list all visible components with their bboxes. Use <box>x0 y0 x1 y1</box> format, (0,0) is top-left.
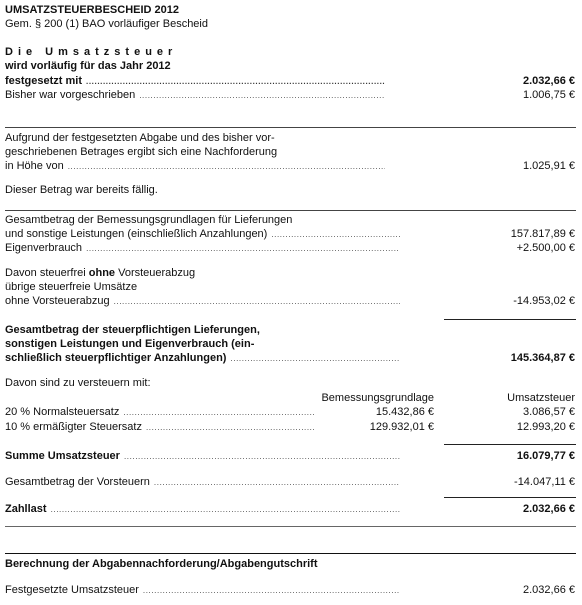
steuerfrei-heading: Davon steuerfrei ohne Vorsteuerabzug <box>5 267 195 280</box>
section-divider <box>5 210 576 211</box>
nachforderung-value: 1.025,91 € <box>523 160 575 173</box>
basis-value: 15.432,86 € <box>376 406 434 419</box>
subtotal-rule <box>444 444 576 445</box>
rate-label: 20 % Normalsteuersatz <box>5 406 123 419</box>
nachforderung-text-1: Aufgrund der festgesetzten Abgabe und de… <box>5 132 275 145</box>
ohne-vorsteuer-label: ohne Vorsteuerabzug <box>5 295 114 308</box>
umsatzsteuer-heading: Die Umsatzsteuer <box>5 46 177 59</box>
eigenverbrauch-row: Eigenverbrauch .........................… <box>5 242 400 255</box>
document-title: UMSATZSTEUERBESCHEID 2012 <box>5 4 179 17</box>
ohne-vorsteuer-value: -14.953,02 € <box>513 295 575 308</box>
vorsteuer-value: -14.047,11 € <box>514 476 575 489</box>
tax-value: 3.086,57 € <box>523 406 575 419</box>
nachforderung-text-2: geschriebenen Betrages ergibt sich eine … <box>5 146 277 159</box>
rate-label: 10 % ermäßigter Steuersatz <box>5 421 146 434</box>
leistungen-label: und sonstige Leistungen (einschließlich … <box>5 228 271 241</box>
vorlaeufig-line: wird vorläufig für das Jahr 2012 <box>5 60 171 73</box>
basis-value: 129.932,01 € <box>370 421 434 434</box>
bisher-label: Bisher war vorgeschrieben <box>5 89 139 102</box>
summe-row: Summe Umsatzsteuer .....................… <box>5 450 400 463</box>
eigenverbrauch-value: +2.500,00 € <box>517 242 575 255</box>
subtotal-rule <box>444 497 576 498</box>
uebrige-text: übrige steuerfreie Umsätze <box>5 281 137 294</box>
section-divider <box>5 526 576 527</box>
faelligkeit-note: Dieser Betrag war bereits fällig. <box>5 184 158 197</box>
leader-dots: ........................................… <box>86 75 385 88</box>
section-divider <box>5 127 576 128</box>
leader-dots: ........................................… <box>271 228 400 241</box>
table-row: 10 % ermäßigter Steuersatz .............… <box>5 421 315 434</box>
ohne-vorsteuer-row: ohne Vorsteuerabzug ....................… <box>5 295 400 308</box>
steuerpflichtig-row: schließlich steuerpflichtiger Anzahlunge… <box>5 352 400 365</box>
nachforderung-label: in Höhe von <box>5 160 68 173</box>
table-row: 20 % Normalsteuersatz ..................… <box>5 406 315 419</box>
leader-dots: ........................................… <box>230 352 400 365</box>
zahllast-label: Zahllast <box>5 503 51 516</box>
leader-dots: ........................................… <box>154 476 400 489</box>
col-header-bemessungsgrundlage: Bemessungsgrundlage <box>321 392 434 405</box>
steuerpflichtig-label: schließlich steuerpflichtiger Anzahlunge… <box>5 352 230 365</box>
leader-dots: ........................................… <box>146 421 315 434</box>
section-divider <box>5 553 576 554</box>
document-subtitle: Gem. § 200 (1) BAO vorläufiger Bescheid <box>5 18 208 31</box>
berechnung-title: Berechnung der Abgabennachforderung/Abga… <box>5 558 318 571</box>
versteuern-intro: Davon sind zu versteuern mit: <box>5 377 151 390</box>
festgesetzt-label: festgesetzt mit <box>5 75 86 88</box>
vorsteuer-row: Gesamtbetrag der Vorsteuern ............… <box>5 476 400 489</box>
leader-dots: ........................................… <box>68 160 385 173</box>
eigenverbrauch-label: Eigenverbrauch <box>5 242 86 255</box>
bisher-value: 1.006,75 € <box>523 89 575 102</box>
steuerfrei-bold: ohne <box>89 267 115 279</box>
steuerpflichtig-text-1: Gesamtbetrag der steuerpflichtigen Liefe… <box>5 324 260 337</box>
festgesetzt-row: festgesetzt mit ........................… <box>5 75 385 88</box>
steuerfrei-pre: Davon steuerfrei <box>5 267 89 279</box>
festgesetzte-ust-value: 2.032,66 € <box>523 584 575 597</box>
bemessung-text-1: Gesamtbetrag der Bemessungsgrundlagen fü… <box>5 214 292 227</box>
bisher-row: Bisher war vorgeschrieben ..............… <box>5 89 385 102</box>
festgesetzte-ust-row: Festgesetzte Umsatzsteuer ..............… <box>5 584 400 597</box>
subtotal-rule <box>444 319 576 320</box>
tax-value: 12.993,20 € <box>517 421 575 434</box>
festgesetzte-ust-label: Festgesetzte Umsatzsteuer <box>5 584 143 597</box>
summe-value: 16.079,77 € <box>517 450 575 463</box>
festgesetzt-value: 2.032,66 € <box>523 75 575 88</box>
col-header-umsatzsteuer: Umsatzsteuer <box>507 392 575 405</box>
leader-dots: ........................................… <box>51 503 400 516</box>
leader-dots: ........................................… <box>139 89 385 102</box>
summe-label: Summe Umsatzsteuer <box>5 450 124 463</box>
vorsteuer-label: Gesamtbetrag der Vorsteuern <box>5 476 154 489</box>
leader-dots: ........................................… <box>123 406 315 419</box>
leader-dots: ........................................… <box>143 584 400 597</box>
steuerpflichtig-value: 145.364,87 € <box>511 352 575 365</box>
leistungen-value: 157.817,89 € <box>511 228 575 241</box>
steuerfrei-post: Vorsteuerabzug <box>115 267 195 279</box>
nachforderung-row: in Höhe von ............................… <box>5 160 385 173</box>
leader-dots: ........................................… <box>86 242 400 255</box>
leader-dots: ........................................… <box>114 295 400 308</box>
steuerpflichtig-text-2: sonstigen Leistungen und Eigenverbrauch … <box>5 338 254 351</box>
zahllast-value: 2.032,66 € <box>523 503 575 516</box>
leader-dots: ........................................… <box>124 450 400 463</box>
zahllast-row: Zahllast ...............................… <box>5 503 400 516</box>
leistungen-row: und sonstige Leistungen (einschließlich … <box>5 228 400 241</box>
